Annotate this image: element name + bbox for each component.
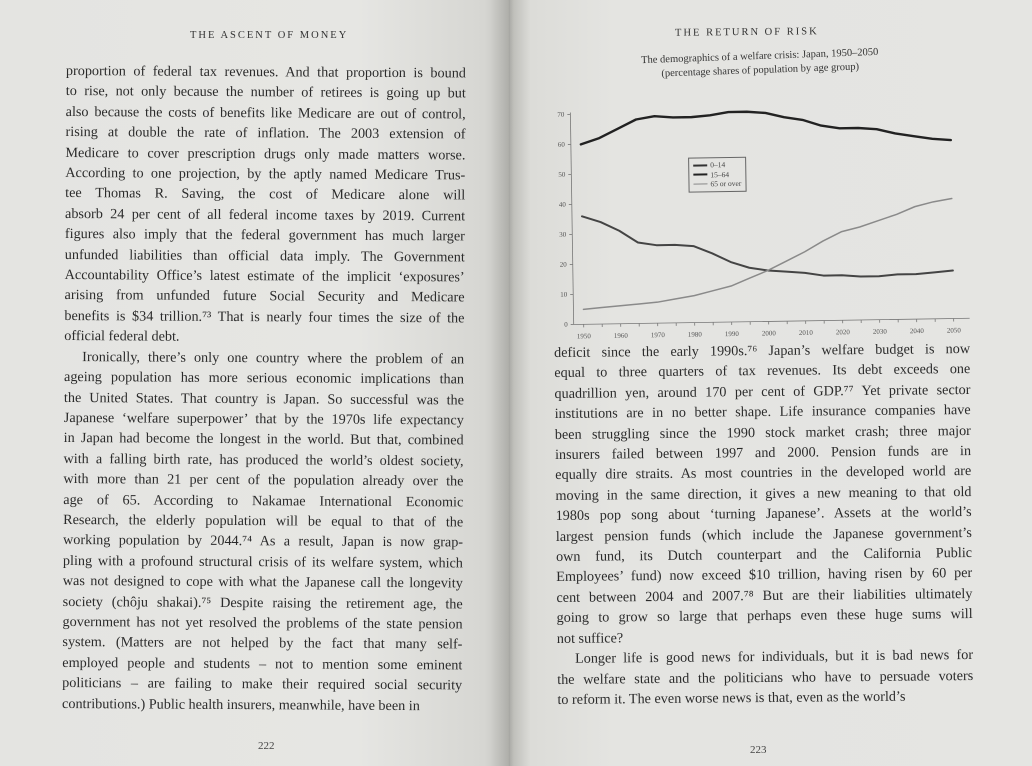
text-line: Japanese ‘welfare superpower’ that by th…: [64, 408, 464, 431]
text-line: benefits is $34 trillion.⁷³ That is near…: [64, 306, 464, 329]
chart-title-block: The demographics of a welfare crisis: Ja…: [630, 45, 891, 82]
text-line: Medicare to cover prescription drugs onl…: [65, 143, 465, 166]
text-line: with a falling birth rate, has produced …: [64, 449, 464, 472]
text-line: the welfare state and the politicians wh…: [557, 665, 973, 689]
y-tick-label: 50: [558, 171, 566, 179]
text-line: employed people and students – not to me…: [62, 653, 462, 676]
legend-label: 15–64: [710, 170, 729, 180]
text-line: in Japan had become the longest in the w…: [64, 428, 464, 451]
text-line: politicians – are failing to make their …: [62, 673, 462, 696]
text-line: rising at double the rate of inflation. …: [66, 122, 466, 145]
y-tick-label: 70: [557, 111, 565, 119]
y-tick-label: 40: [559, 201, 567, 209]
text-line: pling with a profound structural crisis …: [63, 551, 463, 574]
legend-item: 65 or over: [693, 179, 741, 189]
legend-label: 0–14: [710, 160, 725, 170]
text-line: tee Thomas R. Saving, the cost of Medica…: [65, 183, 465, 206]
text-line: age of 65. According to Nakamae Internat…: [63, 490, 463, 513]
text-line: system. (Matters are not helped by the f…: [62, 632, 462, 655]
text-line: working population by 2044.⁷⁴ As a resul…: [63, 530, 463, 553]
right-paragraph-2: Longer life is good news for individuals…: [557, 645, 974, 710]
text-line: proportion of federal tax revenues. And …: [66, 61, 466, 84]
left-page: THE ASCENT OF MONEY proportion of federa…: [0, 0, 510, 766]
left-paragraph-2: Ironically, there’s only one country whe…: [62, 347, 464, 717]
text-line: Accountability Office’s latest estimate …: [65, 265, 465, 288]
text-line: to rise, not only because the number of …: [66, 81, 466, 104]
series-line-1: [580, 109, 950, 146]
x-tick-label: 1950: [577, 332, 592, 340]
text-line: also because the costs of benefits like …: [66, 102, 466, 125]
legend-swatch-0-14: [693, 164, 707, 166]
x-tick-label: 1990: [725, 330, 740, 338]
text-line: was not designed to cope with what the J…: [63, 571, 463, 594]
x-tick-label: 2050: [947, 326, 962, 334]
text-line: arising from unfunded future Social Secu…: [65, 285, 465, 308]
text-line: going to grow so large that perhaps even…: [557, 604, 973, 628]
text-line: According to one projection, by the aptl…: [65, 163, 465, 186]
running-head-right: THE RETURN OF RISK: [675, 26, 819, 39]
text-line: Ironically, there’s only one country whe…: [64, 347, 464, 370]
right-page: THE RETURN OF RISK The demographics of a…: [510, 0, 1032, 766]
y-tick-label: 30: [559, 231, 567, 239]
x-tick-label: 1960: [614, 332, 629, 340]
chart: 0102030405060701950196019701980199020002…: [540, 83, 984, 350]
text-line: the United States. That country is Japan…: [64, 387, 464, 410]
book-spread: THE ASCENT OF MONEY proportion of federa…: [0, 0, 1032, 766]
page-number-left: 222: [258, 740, 275, 752]
x-tick-label: 2000: [762, 329, 777, 337]
right-page-body: deficit since the early 1990s.⁷⁶ Japan’s…: [554, 339, 974, 710]
text-line: official federal debt.: [64, 326, 464, 349]
text-line: government has not yet resolved the prob…: [63, 612, 463, 635]
x-tick-label: 2040: [910, 327, 925, 335]
y-tick-label: 60: [558, 141, 566, 149]
x-axis: [574, 318, 970, 324]
x-tick-label: 2010: [799, 329, 814, 337]
text-line: absorb 24 per cent of all federal income…: [65, 204, 465, 227]
text-line: Research, the elderly population will be…: [63, 510, 463, 533]
legend-label: 65 or over: [710, 179, 741, 189]
text-line: society (chôju shakai).⁷⁵ Despite raisin…: [63, 592, 463, 615]
text-line: ageing population has more serious econo…: [64, 367, 464, 390]
page-number-right: 223: [750, 744, 767, 756]
y-tick-label: 20: [560, 261, 568, 269]
chart-legend: 0–14 15–64 65 or over: [688, 157, 746, 192]
series-line-2: [582, 199, 954, 310]
x-tick-label: 1970: [651, 331, 666, 339]
text-line: figures also imply that the federal gove…: [65, 224, 465, 247]
text-line: unfunded liabilities than official data …: [65, 245, 465, 268]
text-line: with more than 21 per cent of the popula…: [63, 469, 463, 492]
left-page-body: proportion of federal tax revenues. And …: [62, 61, 466, 716]
running-head-left: THE ASCENT OF MONEY: [190, 30, 348, 41]
y-tick-label: 10: [560, 291, 568, 299]
right-paragraph-1: deficit since the early 1990s.⁷⁶ Japan’s…: [554, 339, 973, 649]
legend-swatch-15-64: [693, 174, 707, 176]
legend-swatch-65-over: [693, 184, 707, 185]
left-paragraph-1: proportion of federal tax revenues. And …: [64, 61, 466, 349]
text-line: contributions.) Public health insurers, …: [62, 694, 462, 717]
text-line: to reform it. The even worse news is tha…: [557, 686, 973, 710]
x-tick-label: 2030: [873, 328, 888, 336]
line-chart-svg: 0102030405060701950196019701980199020002…: [540, 83, 984, 350]
x-tick-label: 2020: [836, 328, 851, 336]
y-tick-label: 0: [564, 321, 568, 329]
x-tick-label: 1980: [688, 330, 703, 338]
